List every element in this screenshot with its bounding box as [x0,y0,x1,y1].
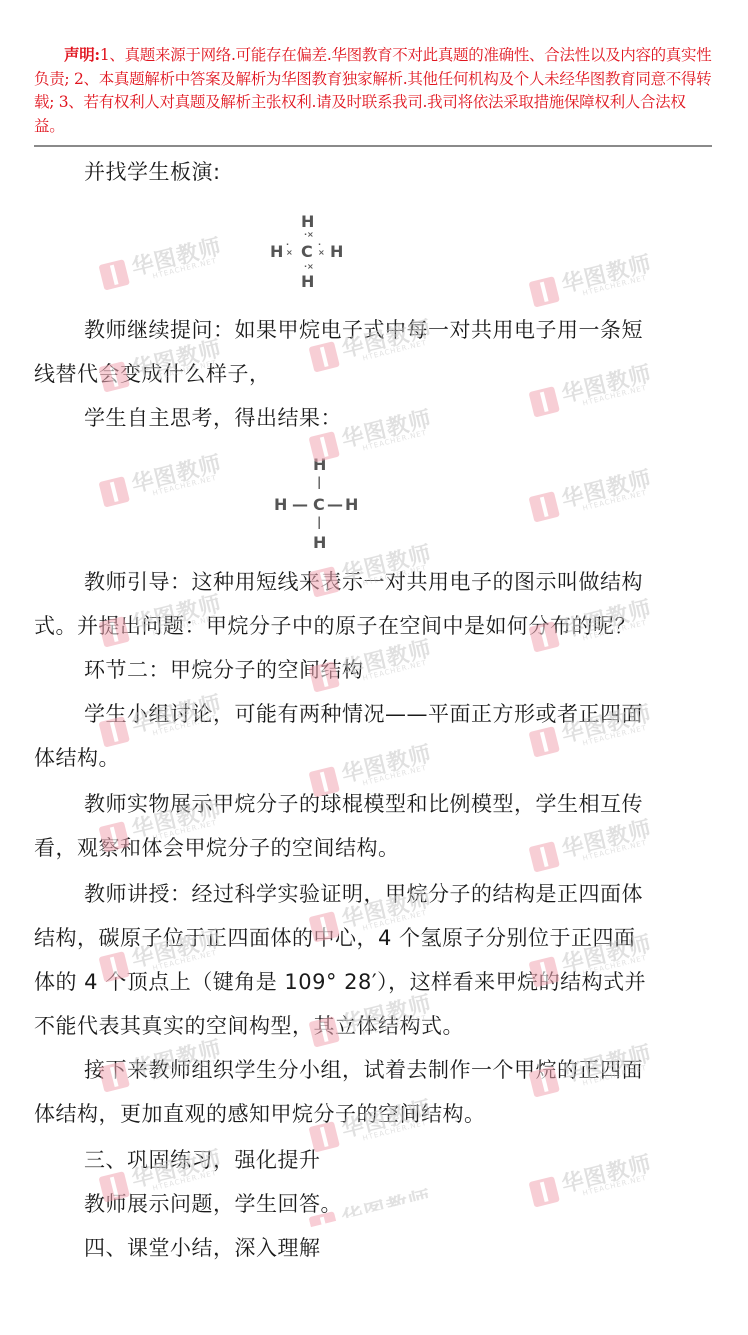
paragraph: 线替代会变成什么样子， [34,352,719,396]
paragraph: 教师展示问题，学生回答。 [34,1182,719,1226]
paragraph: 教师实物展示甲烷分子的球棍模型和比例模型，学生相互传 [34,782,719,826]
paragraph: 式。并提出问题：甲烷分子中的原子在空间中是如何分布的呢？ [34,604,719,648]
paragraph: 不能代表其真实的空间构型，其立体结构式。 [34,1004,719,1048]
disclaimer-text: 1、真题来源于网络.可能存在偏差.华图教育不对此真题的准确性、合法性以及内容的真… [34,46,711,135]
watermark-logo-icon [98,259,130,291]
paragraph: 学生自主思考，得出结果： [34,396,719,440]
disclaimer-notice: 声明:1、真题来源于网络.可能存在偏差.华图教育不对此真题的准确性、合法性以及内… [34,43,714,138]
watermark: 华图教师HTEACHER.NET [526,454,674,536]
section-heading: 四、课堂小结，深入理解 [34,1226,719,1270]
paragraph: 结构，碳原子位于正四面体的中心，4 个氢原子分别位于正四面 [34,916,719,960]
paragraph: 体结构，更加直观的感知甲烷分子的空间结构。 [34,1092,719,1136]
watermark: 华图教师HTEACHER.NET [96,222,244,304]
paragraph: 体的 4 个顶点上（键角是 109° 28′），这样看来甲烷的结构式并 [34,960,719,1004]
paragraph: 体结构。 [34,736,719,780]
methane-structural-formula: H | H — C — H | H [272,455,362,550]
paragraph: 教师继续提问：如果甲烷电子式中每一对共用电子用一条短 [34,308,719,352]
disclaimer-label: 声明: [64,45,100,64]
watermark-logo-icon [98,476,130,508]
paragraph: 学生小组讨论，可能有两种情况——平面正方形或者正四面 [34,692,719,736]
methane-electron-formula: H ·× H ·× C ·× H ·× H [268,212,348,292]
paragraph: 教师引导：这种用短线来表示一对共用电子的图示叫做结构 [34,560,719,604]
watermark-logo-icon [528,491,560,523]
paragraph: 教师讲授：经过科学实验证明，甲烷分子的结构是正四面体 [34,872,719,916]
section-heading: 三、巩固练习，强化提升 [34,1138,719,1182]
paragraph: 接下来教师组织学生分小组，试着去制作一个甲烷的正四面 [34,1048,719,1092]
divider [34,145,712,147]
section-heading: 环节二：甲烷分子的空间结构 [34,648,719,692]
paragraph: 看，观察和体会甲烷分子的空间结构。 [34,826,719,870]
watermark: 华图教师HTEACHER.NET [96,439,244,521]
paragraph: 并找学生板演: [34,150,719,194]
watermark-logo-icon [528,276,560,308]
